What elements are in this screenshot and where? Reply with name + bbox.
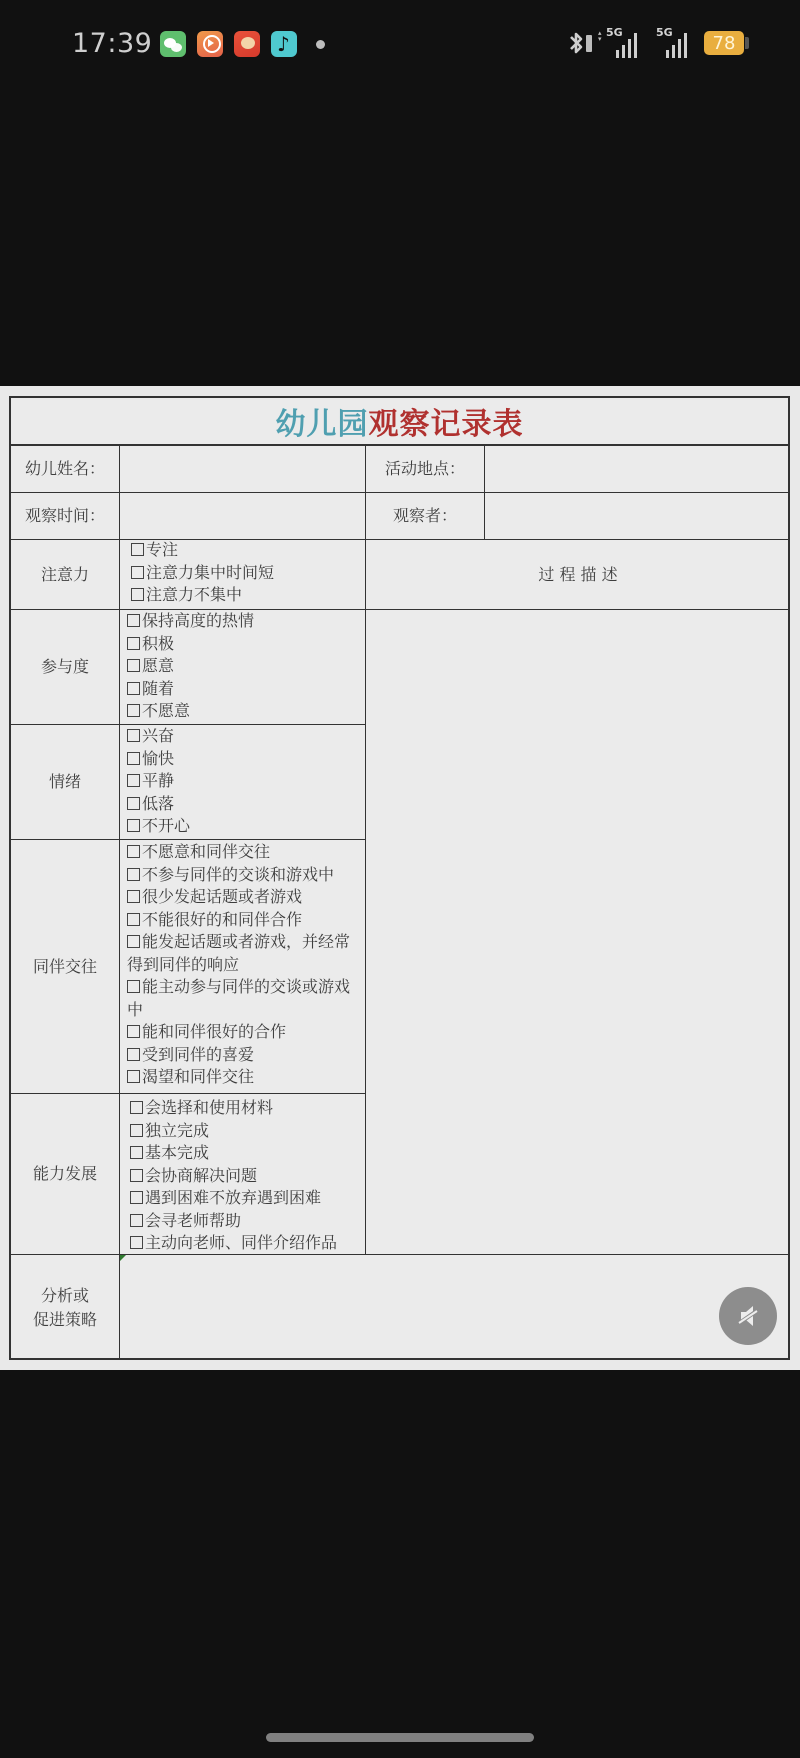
checkbox-option[interactable]: 平静	[127, 770, 387, 793]
participation-options: 保持高度的热情 积极 愿意 随着 不愿意	[121, 610, 393, 723]
checkbox-icon[interactable]	[130, 1146, 143, 1159]
checkbox-icon[interactable]	[130, 1214, 143, 1227]
checkbox-option[interactable]: 不愿意和同伴交往	[127, 841, 359, 864]
analysis-label-line1: 分析或	[41, 1284, 89, 1308]
title-kindergarten: 幼儿园	[276, 399, 369, 443]
checkbox-icon[interactable]	[127, 890, 140, 903]
emotion-options: 兴奋 愉快 平静 低落 不开心	[121, 725, 393, 838]
checkbox-option[interactable]: 独立完成	[130, 1120, 390, 1143]
category-attention-label: 注意力	[11, 540, 119, 609]
checkbox-icon[interactable]	[127, 819, 140, 832]
checkbox-icon[interactable]	[127, 845, 140, 858]
more-notifications-dot-icon	[316, 40, 325, 49]
peer-interaction-options: 不愿意和同伴交往 不参与同伴的交谈和游戏中 很少发起话题或者游戏 不能很好的和同…	[121, 841, 365, 1089]
checkbox-icon[interactable]	[127, 1048, 140, 1061]
analysis-label-line2: 促进策略	[33, 1308, 97, 1332]
checkbox-icon[interactable]	[127, 935, 140, 948]
status-bar: 17:39 ▴▾ 5G 5G	[0, 0, 800, 90]
title-observation-record: 观察记录表	[369, 399, 524, 443]
checkbox-option[interactable]: 渴望和同伴交往	[127, 1066, 359, 1089]
checkbox-icon[interactable]	[127, 913, 140, 926]
home-indicator-bar[interactable]	[266, 1733, 534, 1742]
checkbox-option[interactable]: 兴奋	[127, 725, 387, 748]
system-icons: ▴▾ 5G 5G 78	[568, 28, 744, 58]
form-title: 幼儿园观察记录表	[11, 398, 788, 446]
observation-form-image[interactable]: 幼儿园观察记录表 幼儿姓名： 活动地点： 观察时间： 观察者：	[0, 386, 800, 1370]
checkbox-option[interactable]: 受到同伴的喜爱	[127, 1044, 359, 1067]
video-app-icon	[197, 31, 223, 57]
checkbox-option[interactable]: 主动向老师、同伴介绍作品	[130, 1232, 390, 1255]
process-description-area[interactable]	[366, 610, 790, 1254]
clock: 17:39	[72, 28, 152, 59]
checkbox-option[interactable]: 能主动参与同伴的交谈或游戏中	[127, 976, 359, 1021]
signal-icon-sim1: ▴▾ 5G	[604, 28, 642, 58]
checkbox-option[interactable]: 会选择和使用材料	[130, 1097, 390, 1120]
checkbox-icon[interactable]	[127, 704, 140, 717]
process-description-header: 过 程 描 述	[366, 540, 790, 609]
category-ability-development-label: 能力发展	[11, 1094, 119, 1254]
checkbox-option[interactable]: 不能很好的和同伴合作	[127, 909, 359, 932]
checkbox-option[interactable]: 基本完成	[130, 1142, 390, 1165]
mute-button[interactable]	[719, 1287, 777, 1345]
checkbox-icon[interactable]	[127, 752, 140, 765]
checkbox-icon[interactable]	[127, 1070, 140, 1083]
checkbox-option[interactable]: 不愿意	[127, 700, 387, 723]
category-emotion-label: 情绪	[11, 725, 119, 839]
analysis-strategy-field[interactable]	[121, 1255, 790, 1360]
observation-time-label: 观察时间：	[11, 493, 119, 539]
observer-label: 观察者：	[366, 493, 484, 539]
battery-icon: 78	[704, 31, 744, 55]
checkbox-icon[interactable]	[131, 566, 144, 579]
child-name-field[interactable]	[121, 446, 365, 492]
checkbox-option[interactable]: 不开心	[127, 815, 387, 838]
signal-bars-1	[616, 33, 637, 58]
checkbox-icon[interactable]	[127, 614, 140, 627]
checkbox-option[interactable]: 注意力集中时间短	[131, 562, 391, 585]
checkbox-option[interactable]: 很少发起话题或者游戏	[127, 886, 359, 909]
observer-field[interactable]	[486, 493, 790, 539]
checkbox-icon[interactable]	[131, 543, 144, 556]
category-peer-interaction-label: 同伴交往	[11, 840, 119, 1093]
checkbox-icon[interactable]	[130, 1101, 143, 1114]
checkbox-icon[interactable]	[131, 588, 144, 601]
cell-comment-marker-icon	[120, 1255, 126, 1261]
checkbox-icon[interactable]	[127, 980, 140, 993]
checkbox-option[interactable]: 愉快	[127, 748, 387, 771]
bluetooth-glyph-icon	[568, 31, 584, 55]
checkbox-icon[interactable]	[127, 659, 140, 672]
analysis-strategy-label: 分析或 促进策略	[11, 1255, 119, 1360]
checkbox-option[interactable]: 能和同伴很好的合作	[127, 1021, 359, 1044]
checkbox-icon[interactable]	[127, 774, 140, 787]
headset-battery-icon	[586, 35, 592, 52]
checkbox-option[interactable]: 保持高度的热情	[127, 610, 387, 633]
checkbox-option[interactable]: 愿意	[127, 655, 387, 678]
checkbox-icon[interactable]	[127, 637, 140, 650]
checkbox-icon[interactable]	[127, 797, 140, 810]
checkbox-option[interactable]: 会寻老师帮助	[130, 1210, 390, 1233]
checkbox-option[interactable]: 能发起话题或者游戏，并经常得到同伴的响应	[127, 931, 359, 976]
checkbox-option[interactable]: 不参与同伴的交谈和游戏中	[127, 864, 359, 887]
phone-screen: 17:39 ▴▾ 5G 5G	[0, 0, 800, 1758]
checkbox-icon[interactable]	[130, 1191, 143, 1204]
checkbox-icon[interactable]	[130, 1169, 143, 1182]
activity-location-label: 活动地点：	[366, 446, 484, 492]
signal-icon-sim2: 5G	[654, 28, 692, 58]
bluetooth-icon	[568, 31, 592, 55]
data-arrows-icon: ▴▾	[598, 30, 602, 42]
checkbox-option[interactable]: 遇到困难不放弃遇到困难	[130, 1187, 390, 1210]
activity-location-field[interactable]	[486, 446, 790, 492]
checkbox-option[interactable]: 会协商解决问题	[130, 1165, 390, 1188]
checkbox-icon[interactable]	[130, 1124, 143, 1137]
battery-level: 78	[713, 33, 736, 54]
tiktok-icon	[271, 31, 297, 57]
notification-icons	[160, 31, 325, 57]
checkbox-icon[interactable]	[127, 682, 140, 695]
ability-development-options: 会选择和使用材料 独立完成 基本完成 会协商解决问题 遇到困难不放弃遇到困难 会…	[124, 1097, 396, 1255]
attention-options: 专注 注意力集中时间短 注意力不集中	[125, 539, 397, 607]
checkbox-icon[interactable]	[127, 729, 140, 742]
checkbox-icon[interactable]	[127, 1025, 140, 1038]
observation-time-field[interactable]	[121, 493, 365, 539]
checkbox-option[interactable]: 专注	[131, 539, 391, 562]
checkbox-option[interactable]: 低落	[127, 793, 387, 816]
checkbox-icon[interactable]	[127, 868, 140, 881]
category-participation-label: 参与度	[11, 610, 119, 724]
checkbox-option[interactable]: 注意力不集中	[131, 584, 391, 607]
signal-bars-2	[666, 33, 687, 58]
checkbox-option[interactable]: 随着	[127, 678, 387, 701]
checkbox-option[interactable]: 积极	[127, 633, 387, 656]
checkbox-icon[interactable]	[130, 1236, 143, 1249]
muted-speaker-icon	[733, 1301, 763, 1331]
wechat-icon	[160, 31, 186, 57]
observation-record-table: 幼儿园观察记录表 幼儿姓名： 活动地点： 观察时间： 观察者：	[9, 396, 790, 1360]
monkey-app-icon	[234, 31, 260, 57]
child-name-label: 幼儿姓名：	[11, 446, 119, 492]
